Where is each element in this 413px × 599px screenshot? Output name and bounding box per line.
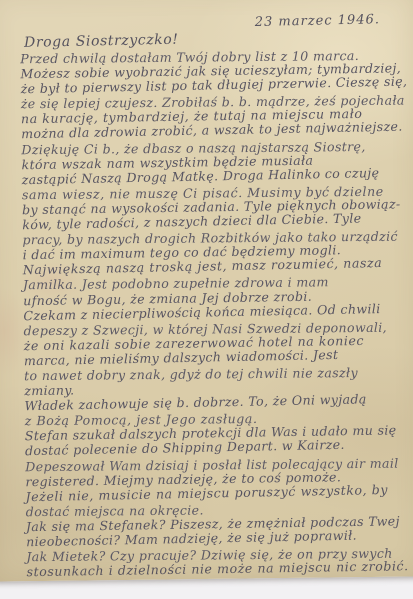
letter-content: 23 marzec 1946. Droga Siostrzyczko! Prze… <box>0 0 413 582</box>
letter-page: 23 marzec 1946. Droga Siostrzyczko! Prze… <box>0 0 413 582</box>
photo-background: 23 marzec 1946. Droga Siostrzyczko! Prze… <box>0 0 413 599</box>
letter-body: Przed chwilą dostałam Twój dobry list z … <box>20 47 410 580</box>
